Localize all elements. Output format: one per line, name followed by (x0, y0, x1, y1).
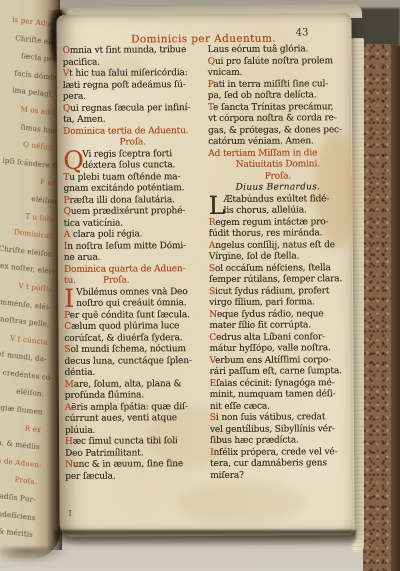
verse-line: cúrrunt aues, venti atque (65, 413, 204, 425)
cover-board-edge (391, 46, 400, 571)
verse-line: Qui regnas ſæcula per infiní- (63, 103, 202, 115)
verse-line: Angelus conſílij, natus eſt de (209, 240, 348, 252)
verse-line: virgo fílium, pari forma. (209, 297, 348, 309)
drop-cap-initial: Q (63, 149, 84, 172)
curl-bottom-shadow (0, 548, 70, 564)
verse-line: mater fílio fit corrúpta. (209, 320, 348, 332)
verse-line: Vt hic tua ſalui miſericórdia: (63, 68, 202, 80)
verse-line: Aëris ampla ſpátia: quæ diſ- (65, 402, 204, 414)
verse-block-dropcap: QVi regis ſceptra fortidéxtera ſolus cun… (63, 149, 203, 265)
text-column-left: Omnia vt ſint munda, tribuepacifica.Vt h… (63, 45, 205, 515)
verse-line: Cedrus alta Líbani confor- (209, 332, 348, 344)
verse-line: Nunc & in æuum, ſine fine (65, 459, 204, 471)
page-header: Dominicis per Aduentum. 43 (56, 26, 350, 41)
verse-line: Cælum quod plúrima luce (64, 321, 203, 333)
verse-line: Regem regum intáctæ pro- (209, 217, 348, 229)
verse-line: lis chorus, allelúia. (209, 205, 348, 217)
verse-line: rári paſſum eſt, carne ſumpta. (210, 366, 349, 378)
verse-block-dropcap: LÆtabúndus exúltet fidé-lis chorus, alle… (209, 194, 350, 482)
verse-line: Verbum ens Altíſſimi corpo- (209, 355, 348, 367)
verse-line: Vírgine, ſol de ſtella. (209, 251, 348, 263)
verse-line: pacifica. (63, 57, 202, 69)
signature-mark: I (68, 509, 71, 518)
verse-line: ne arua. (64, 252, 203, 264)
verse-line: Pati in terra miſíſti ſine cul- (208, 79, 347, 91)
verse-line: decus luna, cunctáque ſplen- (65, 356, 204, 368)
verse-line: vnicam. (208, 67, 347, 79)
verse-block-dropcap: IVbilémus omnes vnà Deonoſtro qui creáui… (64, 287, 204, 483)
verse-line: profúnda flúmina. (65, 390, 204, 402)
verse-line: gnam excitándo poténtiam. (63, 183, 202, 195)
verse-line: catórum véniam. Amen. (208, 136, 347, 148)
rubric-line: tu. Proſa. (64, 275, 203, 287)
verse-line: tica vaticínia. (64, 218, 203, 230)
main-page: Dominicis per Aduentum. 43 Omnia vt ſint… (56, 13, 353, 535)
verse-line: nit eſſe cæca. (210, 401, 349, 413)
verse-line: Præſta illi dona ſalutária. (64, 195, 203, 207)
text-column-right: Laus eórum tuâ glória.Qui pro ſalúte noſ… (208, 44, 350, 514)
verse-line: Si non ſuis vátibus, credat (210, 412, 349, 424)
verse-line: tera, cur damnáberis gens (210, 458, 349, 470)
verse-line: Neque ſydus rádio, neque (209, 309, 348, 321)
verse-line: Vbilémus omnes vnà Deo (64, 287, 203, 299)
verse-line: Omnia vt ſint munda, tribue (63, 45, 202, 57)
verse-line: vt córpora noſtra & corda re- (208, 113, 347, 125)
verse-line: gas, & prótegas, & dones pec- (208, 125, 347, 137)
verse-line: Mare, ſolum, alta, plana & (65, 379, 204, 391)
verse-line: minit, numquam tamen déſi- (210, 389, 349, 401)
verse-line: Diuus Bernardus. (208, 182, 347, 194)
rubric-line: Proſa. (208, 171, 347, 183)
text-area: Omnia vt ſint munda, tribuepacifica.Vt h… (63, 44, 350, 515)
verse-line: Hæc ſimul cuncta tibi ſoli (65, 436, 204, 448)
verse-line: In noſtra Ieſum mitte Dómi- (64, 241, 203, 253)
rubric-line: Natiuitatis Domini. (208, 159, 347, 171)
verse-line: Laus eórum tuâ glória. (208, 44, 347, 56)
verse-line: Qui pro ſalúte noſtra prolem (208, 56, 347, 68)
verse-line: déntia. (65, 367, 204, 379)
verse-block: Omnia vt ſint munda, tribuepacifica.Vt h… (63, 45, 202, 126)
verse-line: fúdit thorus, res miránda. (209, 228, 348, 240)
verse-line: læti regna poſt adeámus ſú- (63, 80, 202, 92)
rubric-line: Dominica tertia de Aduentu. (63, 126, 202, 138)
verse-line: pera. (63, 91, 202, 103)
verse-line: ta, Amen. (63, 114, 202, 126)
drop-cap-initial: I (64, 287, 74, 310)
verse-line: A clara poli régia. (64, 229, 203, 241)
verse-line: corúſcat, & diuérſa ſydera. (64, 333, 203, 345)
cover-board (362, 44, 393, 571)
verse-line: Ætabúndus exúltet fidé- (209, 194, 348, 206)
verse-line: Sicut ſydus rádium, profert (209, 286, 348, 298)
page-number: 43 (296, 27, 309, 38)
verse-block: Diuus Bernardus. (208, 182, 347, 194)
verse-line: vel gentílibus, Sibyllínis vér- (210, 424, 349, 436)
verse-line: Sol mundi ſchema, nóctium (64, 344, 203, 356)
verse-line: Quem prædixérunt prophé- (64, 206, 203, 218)
verse-line: noſtro qui creáuit ómnia. (64, 298, 203, 310)
verse-line: Infélix própera, crede vel vé- (210, 447, 349, 459)
verse-line: pa, ſed ob noſtra delícta. (208, 90, 347, 102)
verse-line: Per quē cóndita ſunt ſæcula. (64, 310, 203, 322)
rubric-line: Dominica quarta de Aduen- (64, 264, 203, 276)
verse-block: Dominica quarta de Aduen-tu. Proſa. (64, 264, 203, 288)
verse-line: miſera? (210, 470, 349, 482)
drop-cap-initial: L (209, 194, 226, 217)
verse-block: Ad tertiam Miſſam in dieNatiuitatis Domi… (208, 148, 347, 183)
verse-line: mátur hyſſópo, valle noſtra. (209, 343, 348, 355)
running-title: Dominicis per Aduentum. (131, 33, 276, 46)
verse-line: Eſaias cécinit: ſynagóga mé- (210, 378, 349, 390)
verse-line: ſibus hæc prædícta. (210, 435, 349, 447)
verse-line: Deo Patrimílitant. (65, 448, 204, 460)
verse-line: ſemper rútilans, ſemper clara. (209, 274, 348, 286)
verse-block: Laus eórum tuâ glória.Qui pro ſalúte noſ… (208, 44, 348, 148)
verse-line: Sol occáſum néſciens, ſtella (209, 263, 348, 275)
verse-line: per ſæcula. (65, 471, 204, 483)
verse-line: plúuia. (65, 425, 204, 437)
page-bottom-shadow (54, 530, 356, 547)
rubric-line: Ad tertiam Miſſam in die (208, 148, 347, 160)
verse-line: Te ſancta Trínitas precámur, (208, 102, 347, 114)
